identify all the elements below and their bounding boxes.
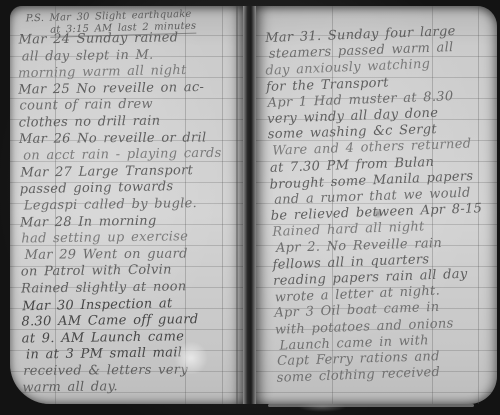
handwritten-line: had setting up exercise bbox=[21, 229, 243, 249]
left-page-text: Mar 24 Sunday rainedall day slept in M.m… bbox=[17, 29, 245, 397]
handwritten-line: warm all day. bbox=[22, 378, 245, 398]
right-page-text: Mar 31. Sunday four largesteamers passed… bbox=[264, 22, 500, 387]
handwritten-line: clothes no drill rain bbox=[19, 112, 242, 132]
handwritten-line: on acct rain - playing cards bbox=[23, 146, 242, 166]
handwritten-line: Mar 26 No reveille or dril bbox=[19, 130, 242, 148]
handwritten-line: received & letters very bbox=[23, 362, 245, 380]
right-page: Mar 31. Sunday four largesteamers passed… bbox=[256, 6, 497, 404]
left-page: P.S. Mar 30 Slight earthquake at 3:15 AM… bbox=[10, 6, 243, 404]
notebook-photo: P.S. Mar 30 Slight earthquake at 3:15 AM… bbox=[0, 0, 500, 415]
center-gutter bbox=[243, 6, 256, 404]
cover-smudge bbox=[298, 401, 346, 412]
handwritten-line: Mar 29 Went on guard bbox=[25, 246, 244, 264]
